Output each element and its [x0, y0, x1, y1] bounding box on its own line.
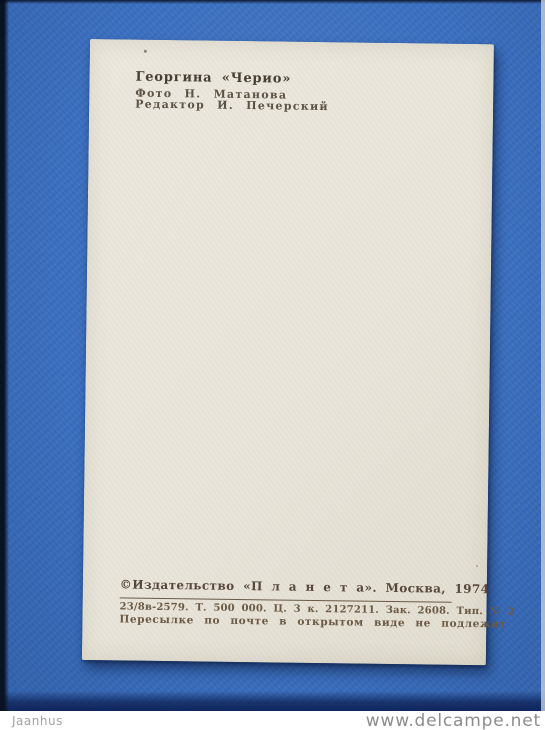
postcard-back: Георгина «Черио» Фото Н. Матанова Редакт… — [82, 39, 494, 665]
paper-speck — [144, 50, 147, 53]
scan-edge-right — [541, 0, 545, 711]
publisher-line: ©Издательство «П л а н е т а». Москва, 1… — [120, 578, 515, 596]
photo-background: Георгина «Черио» Фото Н. Матанова Редакт… — [0, 0, 545, 711]
editor-credit: Редактор И. Печерский — [135, 99, 329, 112]
paper-speck — [476, 565, 478, 567]
postcard-title: Георгина «Черио» — [135, 71, 329, 87]
watermark-bar: Jaanhus www.delcampe.net — [0, 711, 545, 730]
imprint-block: ©Издательство «П л а н е т а». Москва, 1… — [119, 578, 515, 630]
site-watermark: www.delcampe.net — [366, 711, 541, 730]
scan-edge-top — [0, 0, 545, 4]
photo-bottom-shadow — [0, 691, 545, 711]
scan-edge-left — [0, 0, 9, 711]
collector-watermark: Jaanhus — [12, 714, 63, 728]
caption-block: Георгина «Черио» Фото Н. Матанова Редакт… — [135, 71, 329, 113]
